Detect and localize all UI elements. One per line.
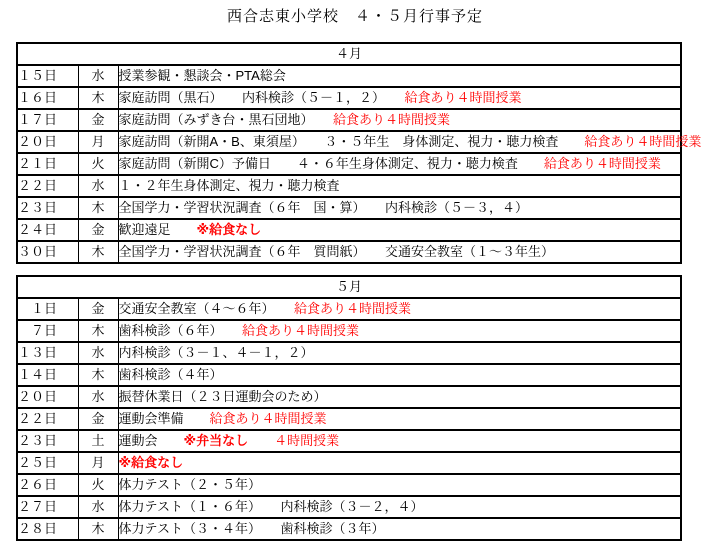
event-text: 運動会	[119, 433, 184, 448]
event-text: 授業参観・懇談会・PTA総会	[119, 68, 286, 83]
event-cell: 運動会 ※弁当なし ４時間授業	[118, 430, 681, 452]
day-of-week-cell: 月	[78, 131, 118, 153]
schedule-row: ２８日 木 体力テスト（３・４年） 歯科検診（３年）	[17, 518, 681, 540]
day-of-week-cell: 木	[78, 87, 118, 109]
day-of-week-cell: 水	[78, 386, 118, 408]
event-cell: 運動会準備 給食あり４時間授業	[118, 408, 681, 430]
schedule-row: ７日 木 歯科検診（６年） 給食あり４時間授業	[17, 320, 681, 342]
event-text: 家庭訪問（新開A・B、東須屋） ３・５年生 身体測定、視力・聴力検査	[119, 134, 585, 149]
event-cell: 交通安全教室（４～６年） 給食あり４時間授業	[118, 298, 681, 320]
date-cell: ２０日	[17, 131, 78, 153]
schedule-row: １６日 木 家庭訪問（黒石） 内科検診（５－１，２） 給食あり４時間授業	[17, 87, 681, 109]
event-cell: 全国学力・学習状況調査（６年 質問紙） 交通安全教室（１～３年生）	[118, 241, 681, 263]
event-cell: ※給食なし	[118, 452, 681, 474]
schedule-row: ２５日 月 ※給食なし	[17, 452, 681, 474]
date-cell: ２１日	[17, 153, 78, 175]
event-text: 全国学力・学習状況調査（６年 質問紙） 交通安全教室（１～３年生）	[119, 244, 555, 259]
month-header-cell: ４月	[17, 43, 681, 65]
event-cell: 歯科検診（４年）	[118, 364, 681, 386]
date-cell: ３０日	[17, 241, 78, 263]
event-cell: 家庭訪問（新開A・B、東須屋） ３・５年生 身体測定、視力・聴力検査 給食あり４…	[118, 131, 681, 153]
day-of-week-cell: 火	[78, 474, 118, 496]
event-note-red: ４時間授業	[248, 433, 339, 448]
date-cell: １３日	[17, 342, 78, 364]
day-of-week-cell: 水	[78, 342, 118, 364]
day-of-week-cell: 水	[78, 496, 118, 518]
event-note-red: 給食あり４時間授業	[544, 156, 661, 171]
day-of-week-cell: 木	[78, 197, 118, 219]
event-text: １・２年生身体測定、視力・聴力検査	[119, 178, 340, 193]
day-of-week-cell: 木	[78, 320, 118, 342]
event-cell: 授業参観・懇談会・PTA総会	[118, 65, 681, 87]
date-cell: ２０日	[17, 386, 78, 408]
schedule-row: ２０日 水 振替休業日（２３日運動会のため）	[17, 386, 681, 408]
page-title: 西合志東小学校 ４・５月行事予定	[0, 0, 710, 22]
schedule-row: １日 金 交通安全教室（４～６年） 給食あり４時間授業	[17, 298, 681, 320]
date-cell: ２４日	[17, 219, 78, 241]
event-note-red: 給食あり４時間授業	[294, 301, 411, 316]
day-of-week-cell: 土	[78, 430, 118, 452]
date-cell: １７日	[17, 109, 78, 131]
event-text: 体力テスト（３・４年） 歯科検診（３年）	[119, 521, 385, 536]
date-cell: ２８日	[17, 518, 78, 540]
day-of-week-cell: 金	[78, 298, 118, 320]
day-of-week-cell: 水	[78, 175, 118, 197]
day-of-week-cell: 水	[78, 65, 118, 87]
month-header-row: ５月	[17, 276, 681, 298]
schedule-row: ３０日 木 全国学力・学習状況調査（６年 質問紙） 交通安全教室（１～３年生）	[17, 241, 681, 263]
schedule-row: ２３日 土 運動会 ※弁当なし ４時間授業	[17, 430, 681, 452]
schedule-row: ２７日 水 体力テスト（１・６年） 内科検診（３－２，４）	[17, 496, 681, 518]
date-cell: ２６日	[17, 474, 78, 496]
event-text: 歓迎遠足	[119, 222, 197, 237]
date-cell: １４日	[17, 364, 78, 386]
schedule-row: ２２日 金 運動会準備 給食あり４時間授業	[17, 408, 681, 430]
schedule-row: １４日 木 歯科検診（４年）	[17, 364, 681, 386]
day-of-week-cell: 金	[78, 109, 118, 131]
schedule-row: ２３日 木 全国学力・学習状況調査（６年 国・算） 内科検診（５－３，４）	[17, 197, 681, 219]
event-cell: 体力テスト（２・５年）	[118, 474, 681, 496]
event-cell: 家庭訪問（新開C）予備日 ４・６年生身体測定、視力・聴力検査 給食あり４時間授業	[118, 153, 681, 175]
schedule-row: ２０日 月 家庭訪問（新開A・B、東須屋） ３・５年生 身体測定、視力・聴力検査…	[17, 131, 681, 153]
event-text: 全国学力・学習状況調査（６年 国・算） 内科検診（５－３，４）	[119, 200, 529, 215]
event-text: 歯科検診（６年）	[119, 323, 243, 338]
event-cell: 全国学力・学習状況調査（６年 国・算） 内科検診（５－３，４）	[118, 197, 681, 219]
event-cell: 歓迎遠足 ※給食なし	[118, 219, 681, 241]
day-of-week-cell: 木	[78, 364, 118, 386]
date-cell: １６日	[17, 87, 78, 109]
date-cell: １５日	[17, 65, 78, 87]
event-cell: １・２年生身体測定、視力・聴力検査	[118, 175, 681, 197]
event-text: 運動会準備	[119, 411, 210, 426]
event-note-red-bold: ※給食なし	[197, 222, 262, 237]
date-cell: ２３日	[17, 197, 78, 219]
schedule-row: １５日 水 授業参観・懇談会・PTA総会	[17, 65, 681, 87]
event-note-red: 給食あり４時間授業	[584, 134, 701, 149]
date-cell: ２３日	[17, 430, 78, 452]
may-schedule-table: ５月 １日 金 交通安全教室（４～６年） 給食あり４時間授業 ７日 木 歯科検診…	[16, 275, 682, 541]
day-of-week-cell: 木	[78, 241, 118, 263]
schedule-row: １３日 水 内科検診（３－１、４－１，２）	[17, 342, 681, 364]
date-cell: １日	[17, 298, 78, 320]
event-cell: 内科検診（３－１、４－１，２）	[118, 342, 681, 364]
day-of-week-cell: 金	[78, 408, 118, 430]
date-cell: ２２日	[17, 408, 78, 430]
day-of-week-cell: 金	[78, 219, 118, 241]
event-note-red: 給食あり４時間授業	[242, 323, 359, 338]
event-text: 家庭訪問（みずき台・黒石団地）	[119, 112, 334, 127]
event-cell: 家庭訪問（黒石） 内科検診（５－１，２） 給食あり４時間授業	[118, 87, 681, 109]
event-text: 交通安全教室（４～６年）	[119, 301, 295, 316]
event-note-red: 給食あり４時間授業	[405, 90, 522, 105]
event-text: 家庭訪問（新開C）予備日 ４・６年生身体測定、視力・聴力検査	[119, 156, 544, 171]
event-cell: 家庭訪問（みずき台・黒石団地） 給食あり４時間授業	[118, 109, 681, 131]
date-cell: ２２日	[17, 175, 78, 197]
schedule-row: ２４日 金 歓迎遠足 ※給食なし	[17, 219, 681, 241]
event-cell: 体力テスト（３・４年） 歯科検診（３年）	[118, 518, 681, 540]
event-note-red-bold: ※弁当なし	[184, 433, 249, 448]
event-text: 歯科検診（４年）	[119, 367, 223, 382]
event-text: 内科検診（３－１、４－１，２）	[119, 345, 314, 360]
schedule-row: ２１日 火 家庭訪問（新開C）予備日 ４・６年生身体測定、視力・聴力検査 給食あ…	[17, 153, 681, 175]
april-schedule-table: ４月 １５日 水 授業参観・懇談会・PTA総会 １６日 木 家庭訪問（黒石） 内…	[16, 42, 682, 264]
event-note-red: 給食あり４時間授業	[333, 112, 450, 127]
date-cell: ７日	[17, 320, 78, 342]
event-text: 家庭訪問（黒石） 内科検診（５－１，２）	[119, 90, 405, 105]
event-text: 振替休業日（２３日運動会のため）	[119, 389, 327, 404]
date-cell: ２７日	[17, 496, 78, 518]
schedule-row: ２２日 水 １・２年生身体測定、視力・聴力検査	[17, 175, 681, 197]
schedule-row: ２６日 火 体力テスト（２・５年）	[17, 474, 681, 496]
event-note-red: 給食あり４時間授業	[210, 411, 327, 426]
event-cell: 体力テスト（１・６年） 内科検診（３－２，４）	[118, 496, 681, 518]
event-text: 体力テスト（２・５年）	[119, 477, 261, 492]
day-of-week-cell: 火	[78, 153, 118, 175]
event-cell: 振替休業日（２３日運動会のため）	[118, 386, 681, 408]
event-cell: 歯科検診（６年） 給食あり４時間授業	[118, 320, 681, 342]
month-header-cell: ５月	[17, 276, 681, 298]
month-header-row: ４月	[17, 43, 681, 65]
date-cell: ２５日	[17, 452, 78, 474]
event-note-red-bold: ※給食なし	[119, 455, 184, 470]
day-of-week-cell: 月	[78, 452, 118, 474]
schedule-row: １７日 金 家庭訪問（みずき台・黒石団地） 給食あり４時間授業	[17, 109, 681, 131]
day-of-week-cell: 木	[78, 518, 118, 540]
event-text: 体力テスト（１・６年） 内科検診（３－２，４）	[119, 499, 424, 514]
